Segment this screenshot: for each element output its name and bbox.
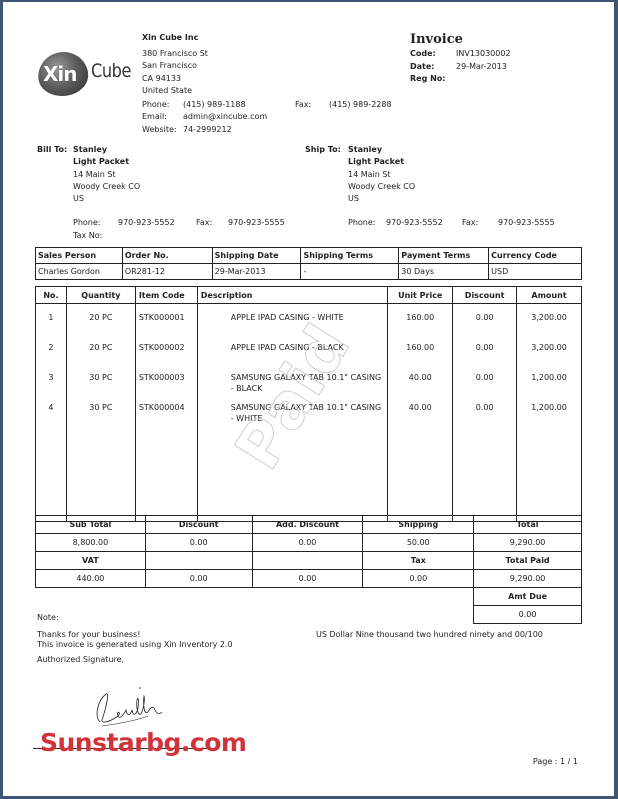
bill-to-fax-label: Fax:	[196, 217, 228, 229]
vat-label: VAT	[36, 552, 146, 570]
company-logo: Xin Cube	[38, 50, 136, 102]
item-unit-price: 160.00	[388, 334, 453, 364]
header-amount: Amount	[517, 287, 582, 304]
phone-label: Phone:	[142, 99, 183, 112]
amount-in-words: US Dollar Nine thousand two hundred nine…	[316, 630, 543, 640]
date-value: 29-Mar-2013	[456, 61, 507, 74]
header-discount: Discount	[453, 287, 517, 304]
header-quantity: Quantity	[66, 287, 135, 304]
amt-due-value: 0.00	[474, 606, 582, 624]
item-discount: 0.00	[453, 364, 517, 394]
invoice-code-row: Code: INV13030002	[410, 48, 511, 61]
amt-due-header-row: Amt Due	[36, 588, 582, 606]
company-address-line: San Francisco	[142, 60, 392, 73]
phone-value: (415) 989-1188	[183, 99, 295, 112]
header-shipping-date: Shipping Date	[212, 248, 301, 264]
item-code: STK000003	[135, 364, 197, 394]
header-shipping-terms: Shipping Terms	[301, 248, 399, 264]
totals-value-row-1: 8,800.00 0.00 0.00 50.00 9,290.00	[36, 534, 582, 552]
thanks-text: Thanks for your business!	[37, 630, 140, 640]
header-description: Description	[197, 287, 388, 304]
item-no: 3	[36, 364, 67, 394]
ship-to-block: Ship To: Stanley Light Packet 14 Main St…	[305, 144, 585, 244]
note-label: Note:	[37, 613, 59, 623]
sales-person-value: Charles Gordon	[36, 264, 123, 280]
item-no: 1	[36, 304, 67, 334]
item-amount: 1,200.00	[517, 364, 582, 394]
add-discount-value: 0.00	[252, 534, 363, 552]
item-no: 2	[36, 334, 67, 364]
generated-text: This invoice is generated using Xin Inve…	[37, 640, 233, 650]
totals-value-row-2: 440.00 0.00 0.00 0.00 9,290.00	[36, 570, 582, 588]
email-value: admin@xincube.com	[183, 111, 267, 124]
empty-label	[145, 552, 252, 570]
item-quantity: 30 PC	[66, 394, 135, 424]
order-info-header-row: Sales Person Order No. Shipping Date Shi…	[36, 248, 582, 264]
item-discount: 0.00	[453, 334, 517, 364]
bill-to-name: Stanley	[73, 144, 285, 156]
website-value: 74-2999212	[183, 124, 232, 137]
header-sales-person: Sales Person	[36, 248, 123, 264]
company-address-line: United State	[142, 85, 392, 98]
item-no: 4	[36, 394, 67, 424]
empty-label	[252, 552, 363, 570]
item-amount: 3,200.00	[517, 334, 582, 364]
totals-header-row-1: Sub Total Discount Add. Discount Shippin…	[36, 516, 582, 534]
invoice-info: Invoice Code: INV13030002 Date: 29-Mar-2…	[410, 32, 511, 86]
bill-to-label: Bill To:	[37, 144, 67, 156]
code-label: Code:	[410, 48, 456, 61]
item-discount: 0.00	[453, 394, 517, 424]
header-no: No.	[36, 287, 67, 304]
total-value: 9,290.00	[474, 534, 582, 552]
ship-to-address-line: US	[348, 193, 555, 205]
company-info: Xin Cube Inc 380 Francisco St San Franci…	[142, 32, 392, 136]
ship-to-phone-label: Phone:	[348, 217, 386, 229]
item-unit-price: 160.00	[388, 304, 453, 334]
invoice-title: Invoice	[410, 32, 511, 47]
item-unit-price: 40.00	[388, 364, 453, 394]
shipping-date-value: 29-Mar-2013	[212, 264, 301, 280]
order-info-table: Sales Person Order No. Shipping Date Shi…	[35, 247, 582, 280]
invoice-reg-row: Reg No:	[410, 73, 511, 86]
company-address-line: CA 94133	[142, 73, 392, 86]
website-label: Website:	[142, 124, 183, 137]
ship-to-address-line: 14 Main St	[348, 169, 555, 181]
order-info-value-row: Charles Gordon OR281-12 29-Mar-2013 - 30…	[36, 264, 582, 280]
item-code: STK000004	[135, 394, 197, 424]
shipping-terms-value: -	[301, 264, 399, 280]
discount-label: Discount	[145, 516, 252, 534]
email-label: Email:	[142, 111, 183, 124]
header-payment-terms: Payment Terms	[399, 248, 489, 264]
item-amount: 3,200.00	[517, 304, 582, 334]
ship-to-address-line: Woody Creek CO	[348, 181, 555, 193]
header-currency-code: Currency Code	[489, 248, 582, 264]
amt-due-label: Amt Due	[474, 588, 582, 606]
bill-to-address-line: US	[73, 193, 285, 205]
items-header-row: No. Quantity Item Code Description Unit …	[36, 287, 582, 304]
discount-value: 0.00	[145, 534, 252, 552]
bill-to-address-line: Woody Creek CO	[73, 181, 285, 193]
total-label: Total	[474, 516, 582, 534]
amt-due-value-row: 0.00	[36, 606, 582, 624]
page-number: Page : 1 / 1	[533, 757, 578, 766]
bill-to-phone-row: Phone: 970-923-5552 Fax: 970-923-5555	[73, 217, 285, 229]
header-order-no: Order No.	[122, 248, 212, 264]
ship-to-label: Ship To:	[305, 144, 341, 156]
reg-label: Reg No:	[410, 73, 456, 86]
bill-to-block: Bill To: Stanley Light Packet 14 Main St…	[37, 144, 297, 244]
logo-word-text: Cube	[91, 60, 131, 82]
company-website-row: Website: 74-2999212	[142, 124, 392, 137]
ship-to-phone-row: Phone: 970-923-5552 Fax: 970-923-5555	[348, 217, 555, 229]
invoice-date-row: Date: 29-Mar-2013	[410, 61, 511, 74]
ship-to-fax-label: Fax:	[462, 217, 498, 229]
vat-value: 440.00	[36, 570, 146, 588]
code-value: INV13030002	[456, 48, 511, 61]
order-no-value: OR281-12	[122, 264, 212, 280]
item-code: STK000002	[135, 334, 197, 364]
bill-to-company: Light Packet	[73, 156, 285, 168]
company-name: Xin Cube Inc	[142, 32, 392, 45]
totals-table: Sub Total Discount Add. Discount Shippin…	[35, 515, 582, 624]
ship-to-phone: 970-923-5552	[386, 217, 462, 229]
ship-to-fax: 970-923-5555	[498, 217, 555, 229]
item-unit-price: 40.00	[388, 394, 453, 424]
date-label: Date:	[410, 61, 456, 74]
shipping-label: Shipping	[363, 516, 474, 534]
company-address-line: 380 Francisco St	[142, 48, 392, 61]
header-item-code: Item Code	[135, 287, 197, 304]
site-watermark: Sunstarbg.com	[40, 728, 246, 757]
bill-to-fax: 970-923-5555	[228, 217, 285, 229]
company-email-row: Email: admin@xincube.com	[142, 111, 392, 124]
bill-to-phone-label: Phone:	[73, 217, 118, 229]
item-quantity: 20 PC	[66, 304, 135, 334]
tax-label: Tax	[363, 552, 474, 570]
subtotal-value: 8,800.00	[36, 534, 146, 552]
add-discount-label: Add. Discount	[252, 516, 363, 534]
shipping-value: 50.00	[363, 534, 474, 552]
bill-to-phone: 970-923-5552	[118, 217, 196, 229]
total-paid-value: 9,290.00	[474, 570, 582, 588]
bill-to-tax-label: Tax No:	[73, 230, 285, 242]
bill-to-address-line: 14 Main St	[73, 169, 285, 181]
ship-to-company: Light Packet	[348, 156, 555, 168]
currency-code-value: USD	[489, 264, 582, 280]
fax-label: Fax:	[295, 99, 329, 112]
totals-header-row-2: VAT Tax Total Paid	[36, 552, 582, 570]
item-amount: 1,200.00	[517, 394, 582, 424]
tax-value: 0.00	[363, 570, 474, 588]
total-paid-label: Total Paid	[474, 552, 582, 570]
payment-terms-value: 30 Days	[399, 264, 489, 280]
vat-add-discount-value: 0.00	[252, 570, 363, 588]
logo-mark-text: Xin	[43, 62, 77, 86]
item-discount: 0.00	[453, 304, 517, 334]
item-quantity: 30 PC	[66, 364, 135, 394]
fax-value: (415) 989-2288	[329, 99, 392, 112]
ship-to-name: Stanley	[348, 144, 555, 156]
vat-discount-value: 0.00	[145, 570, 252, 588]
authorized-signature-label: Authorized Signature,	[37, 655, 124, 665]
company-phone-row: Phone: (415) 989-1188 Fax: (415) 989-228…	[142, 99, 392, 112]
header-unit-price: Unit Price	[388, 287, 453, 304]
item-code: STK000001	[135, 304, 197, 334]
subtotal-label: Sub Total	[36, 516, 146, 534]
item-quantity: 20 PC	[66, 334, 135, 364]
